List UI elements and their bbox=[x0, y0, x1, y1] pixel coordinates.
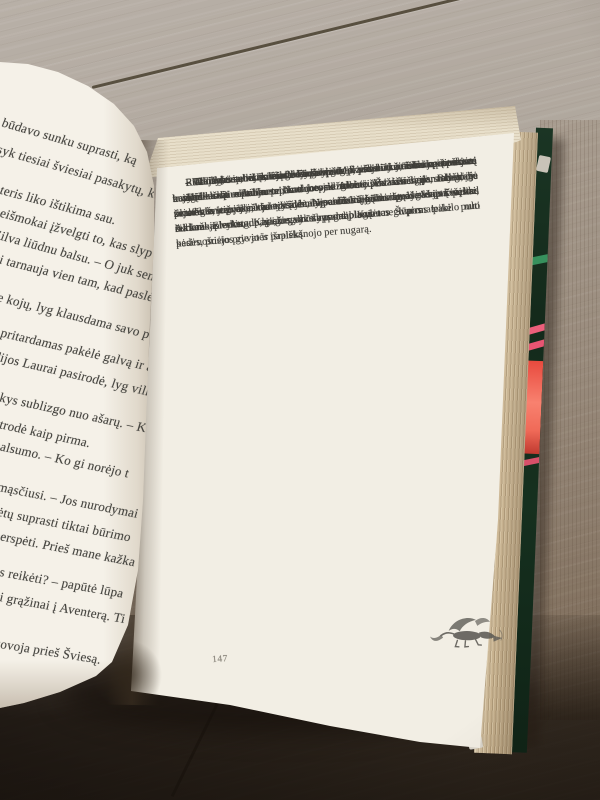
cover-artwork-stripe bbox=[527, 339, 545, 351]
right-page-text: – Gali būti – bet iki šiol be ypatingos … bbox=[171, 154, 516, 696]
cover-artwork-stripe bbox=[522, 457, 539, 467]
cover-chip bbox=[536, 155, 551, 173]
page-number: 147 bbox=[212, 652, 229, 668]
cover-artwork-stripe bbox=[527, 323, 545, 335]
cover-artwork-stripe bbox=[530, 254, 547, 266]
book-photo: – Gali būti – bet iki šiol be ypatingos … bbox=[0, 0, 600, 800]
left-page-line: kovoja prieš Šviesą. bbox=[0, 635, 103, 668]
dragon-illustration bbox=[427, 611, 508, 657]
